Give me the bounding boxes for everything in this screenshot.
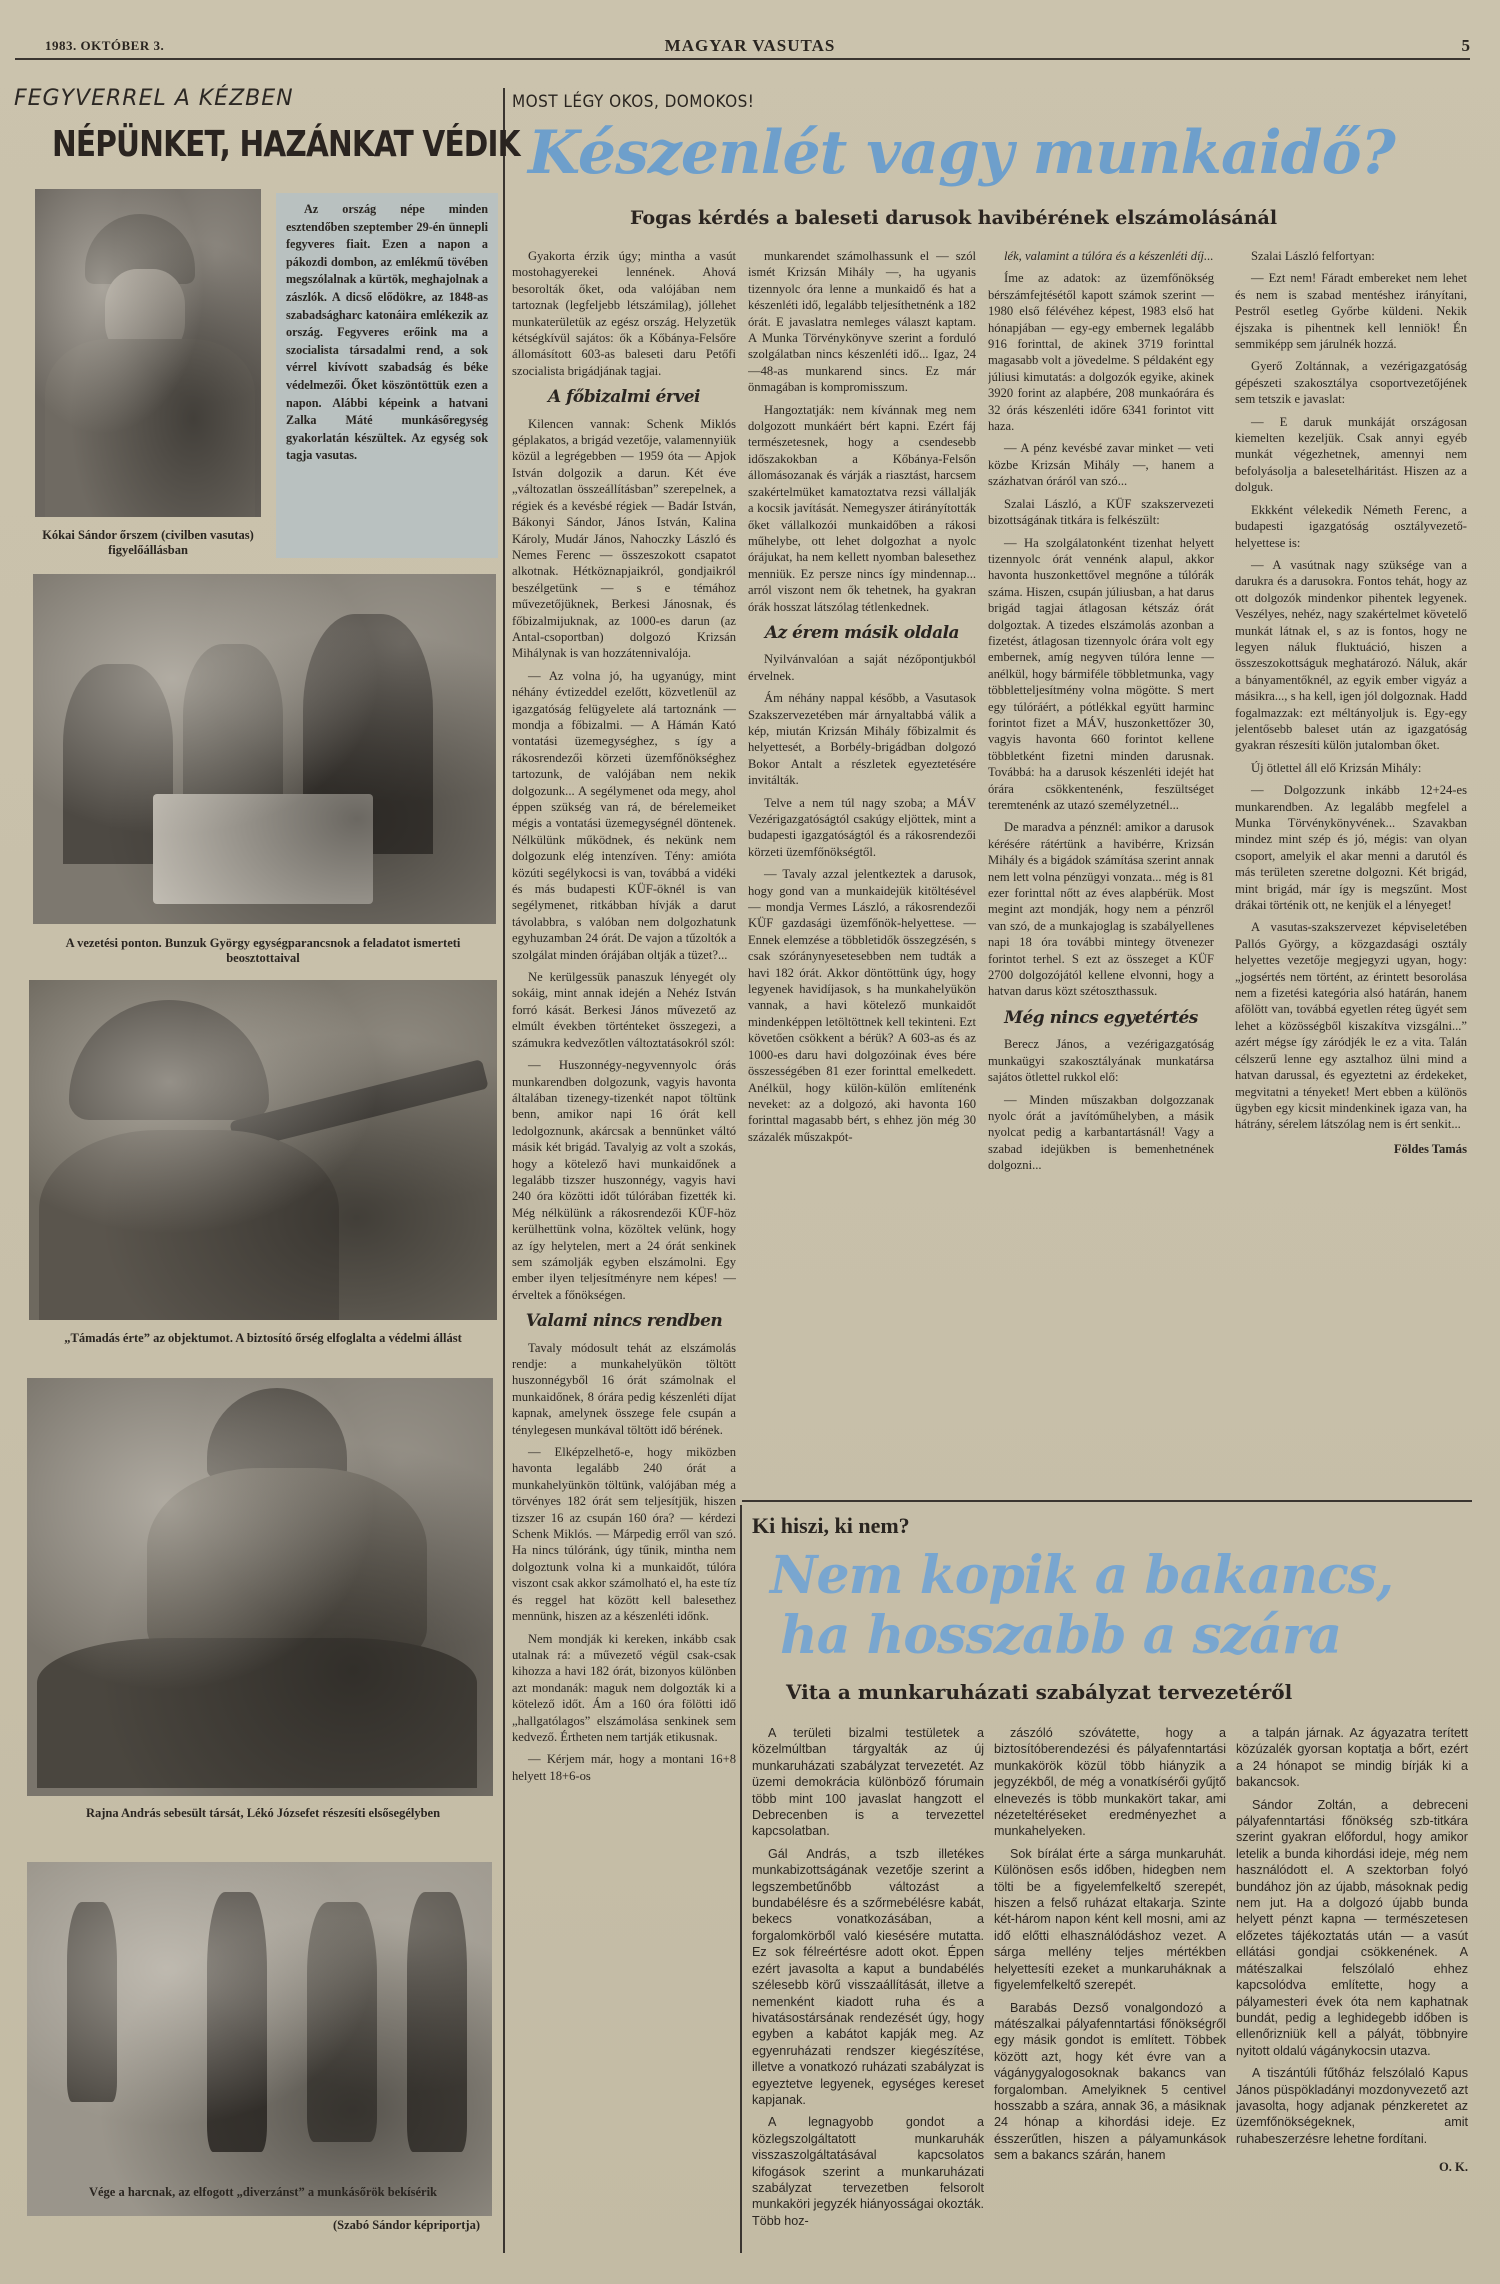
paragraph: Szalai László, a KÜF szakszervezeti bizo… [988,496,1214,529]
paragraph: — A vasútnak nagy szüksége van a darukra… [1235,557,1467,754]
intro-box: Az ország népe minden esztendőben szepte… [276,193,498,558]
article-subheadline: Fogas kérdés a baleseti darusok havibéré… [630,207,1277,229]
paragraph: — E daruk munkáját országosan kiemelten … [1235,414,1467,496]
second-article-column: zászóló szóvátette, hogy a biztosítóbere… [994,1725,1226,2240]
paragraph: Nem mondják ki kereken, inkább csak utal… [512,1631,736,1746]
paragraph: Tavaly módosult tehát az elszámolás rend… [512,1340,736,1438]
newspaper-title: MAGYAR VASUTAS [30,36,1470,56]
article-column: Gyakorta érzik úgy; mintha a vasút mosto… [512,248,736,2258]
figure-shape [183,644,283,824]
wounded-shape [37,1638,477,1788]
author-signature: Földes Tamás [1235,1141,1467,1157]
photo-caption: Kókai Sándor őrszem (civilben vasutas) f… [28,528,268,558]
paragraph: Új ötlettel áll elő Krizsán Mihály: [1235,760,1467,776]
photo-first-aid [27,1378,493,1796]
paragraph: Hangoztatják: nem kívánnak meg nem dolgo… [748,402,976,615]
paragraph: Telve a nem túl nagy szoba; a MÁV Vezéri… [748,795,976,861]
article-kicker: MOST LÉGY OKOS, DOMOKOS! [512,92,754,112]
paragraph: — Ezt nem! Fáradt embereket nem lehet és… [1235,270,1467,352]
photo-command-post [33,574,496,924]
photo-escort [27,1862,492,2216]
helmet-shape [69,1000,269,1120]
paragraph: — Az volna jó, ha ugyanúgy, mint néhány … [512,668,736,963]
paragraph: a talpán járnak. Az ágyazatra terített k… [1236,1725,1468,1791]
masthead: 1983. OKTÓBER 3. MAGYAR VASUTAS 5 [30,30,1470,60]
paragraph: Barabás Dezső vonalgondozó a mátészalkai… [994,2000,1226,2164]
paragraph: Gyakorta érzik úgy; mintha a vasút mosto… [512,248,736,379]
paragraph: Sándor Zoltán, a debreceni pályafenntart… [1236,1797,1468,2060]
page-number: 5 [1462,36,1471,56]
figure-shape [67,1902,117,2102]
paragraph: — Tavaly azzal jelentkeztek a darusok, h… [748,866,976,1145]
section-heading: Még nincs egyetértés [988,1010,1214,1026]
paragraph: Gyerő Zoltánnak, a vezérigazgatóság gépé… [1235,358,1467,407]
article-headline: Készenlét vagy munkaidő? [528,118,1395,188]
article-column: Szalai László felfortyan:— Ezt nem! Fára… [1235,248,1467,1498]
paragraph: Ekkként vélekedik Németh Ferenc, a budap… [1235,502,1467,551]
photo-caption: A vezetési ponton. Bunzuk György egységp… [28,936,498,966]
figure-shape [307,1902,377,2142]
article-divider [742,1500,1472,1502]
paragraph: Szalai László felfortyan: [1235,248,1467,264]
photo-credit: (Szabó Sándor képriportja) [180,2218,480,2233]
paragraph: — Ha szolgálatonként tizenhat helyett ti… [988,535,1214,814]
newspaper-page: 1983. OKTÓBER 3. MAGYAR VASUTAS 5 FEGYVE… [0,0,1500,2284]
paragraph: — Dolgozzunk inkább 12+24-es munkarendbe… [1235,782,1467,913]
intro-text: Az ország népe minden esztendőben szepte… [286,201,488,465]
feature-headline: NÉPÜNKET, HAZÁNKAT VÉDIK [52,124,520,165]
helmet-shape [207,1388,347,1478]
column-divider [740,1505,742,2253]
helmet-shape [85,214,195,284]
author-signature: O. K. [1236,2159,1468,2175]
section-heading: Az érem másik oldala [748,625,976,641]
paragraph: munkarendet számolhassunk el — szól ismé… [748,248,976,396]
second-article-column: a talpán járnak. Az ágyazatra terített k… [1236,1725,1468,2240]
second-article-column: A területi bizalmi testületek a közelmúl… [752,1725,984,2240]
paragraph: — Minden műszakban dolgozzanak nyolc órá… [988,1092,1214,1174]
face-shape [105,269,185,359]
second-article-subheadline: Vita a munkaruházati szabályzat tervezet… [786,1680,1292,1704]
paragraph: Gál András, a tszb illetékes munkabizott… [752,1846,984,2109]
paragraph: Nyilvánvalóan a saját nézőpontjukból érv… [748,651,976,684]
section-heading: A főbizalmi érvei [512,389,736,405]
paragraph: De maradva a pénznél: amikor a darusok k… [988,819,1214,999]
paragraph: — Kérjem már, hogy a montani 16+8 helyet… [512,1751,736,1784]
masthead-rule [15,58,1470,60]
paragraph: — Elképzelhető-e, hogy miközben havonta … [512,1444,736,1624]
paragraph: Berecz János, a vezérigazgatóság munkaüg… [988,1036,1214,1085]
paragraph: A vasutas-szakszervezet képviseletében P… [1235,919,1467,1132]
figure-shape [303,614,433,854]
figure-shape [207,1892,267,2152]
paragraph: lék, valamint a túlóra és a készenléti d… [988,248,1214,264]
map-shape [153,794,373,904]
second-article-headline-1: Nem kopik a bakancs, [770,1545,1393,1606]
column-divider [503,88,505,2253]
photo-caption: „Támadás érte” az objektumot. A biztosít… [28,1331,498,1346]
body-shape [39,1130,339,1320]
photo-caption: Rajna András sebesült társát, Lékó Józse… [28,1806,498,1821]
photo-caption: Vége a harcnak, az elfogott „diverzánst”… [28,2185,498,2200]
paragraph: Kilencen vannak: Schenk Miklós géplakato… [512,416,736,662]
rifle-shape [229,1059,489,1151]
figure-shape [407,1892,467,2152]
figure-shape [63,664,173,864]
photo-soldier-rifle [29,980,497,1320]
paragraph: Sok bírálat érte a sárga munkaruhát. Kül… [994,1846,1226,1994]
paragraph: Ám néhány nappal később, a Vasutasok Sza… [748,690,976,788]
paragraph: — A pénz kevésbé zavar minket — veti köz… [988,440,1214,489]
second-article-kicker: Ki hiszi, ki nem? [752,1513,910,1539]
paragraph: zászóló szóvátette, hogy a biztosítóbere… [994,1725,1226,1840]
paragraph: A legnagyobb gondot a közlegszolgáltatot… [752,2114,984,2229]
feature-kicker: FEGYVERREL A KÉZBEN [14,86,294,111]
second-article-headline-2: ha hosszabb a szára [780,1605,1341,1666]
article-column: munkarendet számolhassunk el — szól ismé… [748,248,976,1478]
paragraph: Ne kerülgessük panaszuk lényegét oly sok… [512,969,736,1051]
body-shape [147,1468,427,1668]
body-shape [45,339,255,517]
photo-soldier-binoculars [35,189,261,517]
paragraph: Íme az adatok: az üzemfőnökség bérszámfe… [988,270,1214,434]
paragraph: — Huszonnégy-negyvennyolc órás munkarend… [512,1057,736,1303]
article-column: lék, valamint a túlóra és a készenléti d… [988,248,1214,1478]
section-heading: Valami nincs rendben [512,1313,736,1329]
paragraph: A tiszántúli fűtőház felszólaló Kapus Já… [1236,2065,1468,2147]
paragraph: A területi bizalmi testületek a közelmúl… [752,1725,984,1840]
